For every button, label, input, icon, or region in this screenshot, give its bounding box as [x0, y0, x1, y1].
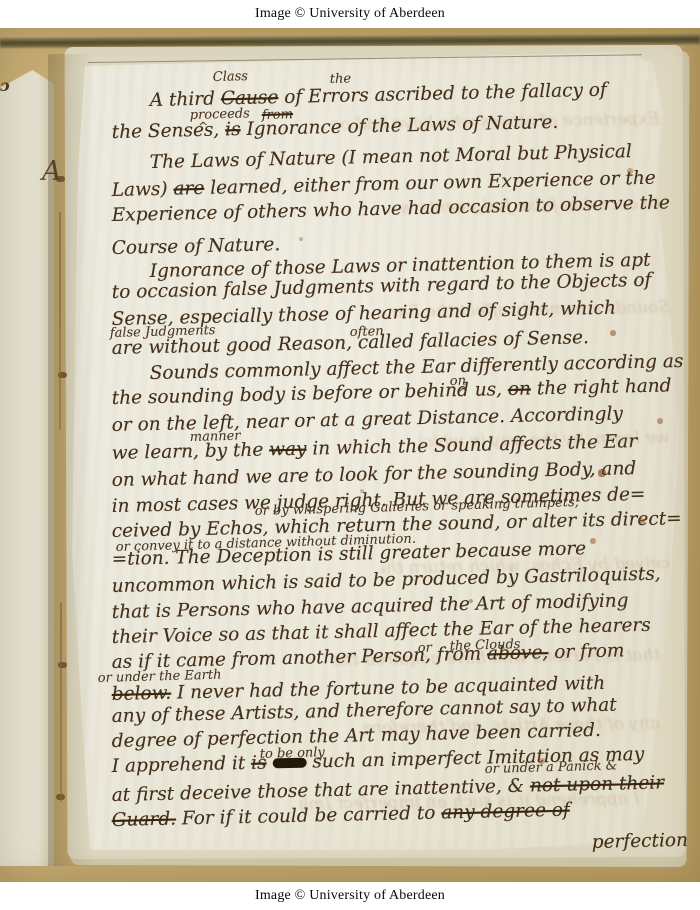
copyright-caption: Image © University of Aberdeen — [255, 888, 445, 904]
manuscript-page — [60, 50, 685, 852]
binding-gutter-shadow — [48, 54, 94, 866]
binding-crease — [60, 602, 62, 802]
binding-crease — [59, 212, 61, 430]
previous-leaf-edge — [0, 54, 54, 866]
rust-specks — [0, 28, 2, 30]
manuscript-scan-screen: Image © University of Aberdeen Experienc… — [0, 0, 700, 910]
top-caption-strip: Image © University of Aberdeen — [0, 0, 700, 28]
binding-stitch — [56, 176, 65, 182]
manuscript-photo — [0, 28, 700, 882]
copyright-caption: Image © University of Aberdeen — [255, 6, 445, 22]
bottom-caption-strip: Image © University of Aberdeen — [0, 882, 700, 910]
